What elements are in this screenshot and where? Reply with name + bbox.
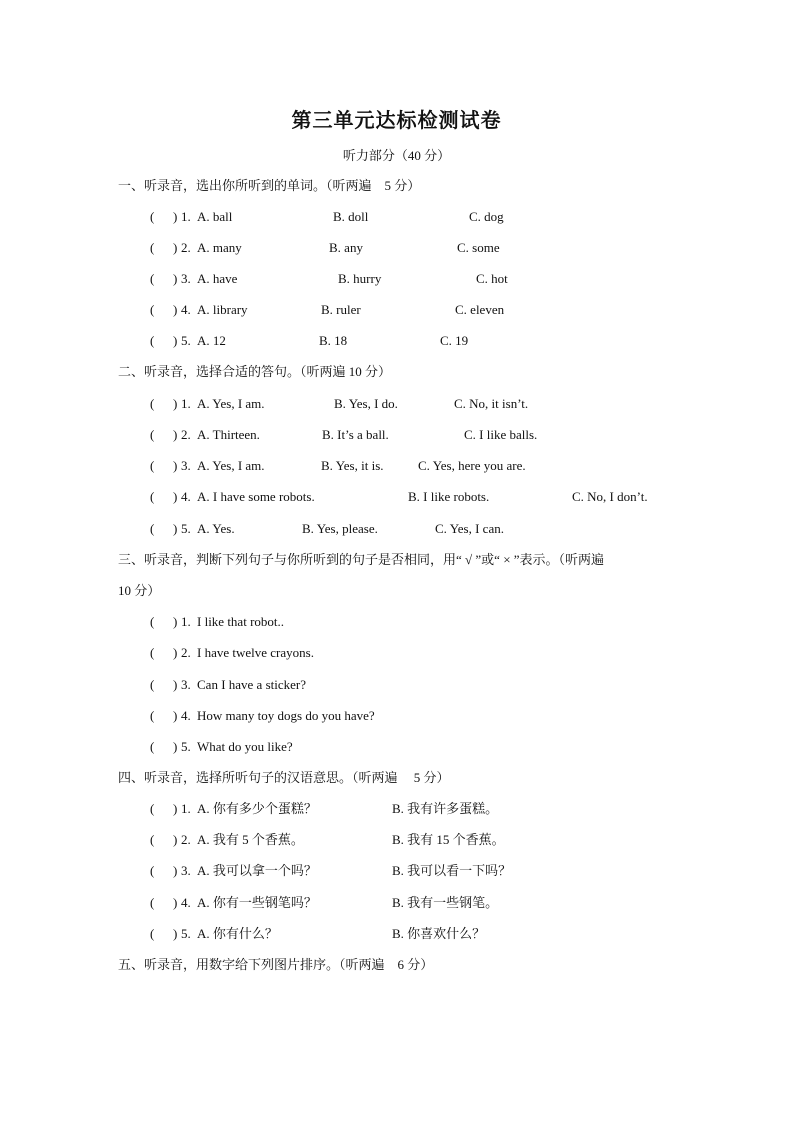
question-number: 4. [181,708,191,724]
option-a: A. 你有多少个蛋糕？ [197,801,317,817]
option-b: B. ruler [321,302,361,318]
question-row: ( ) 3. A. have B. hurry C. hot [0,271,793,287]
question-row: ( ) 3. A. Yes, I am. B. Yes, it is. C. Y… [0,458,793,474]
answer-blank-open[interactable]: ( [150,396,154,412]
answer-blank-close: ) [173,521,177,537]
page-title: 第三单元达标检测试卷 [0,104,793,133]
option-a: A. Yes, I am. [197,396,265,412]
question-number: 5. [181,333,191,349]
answer-blank-close: ) [173,677,177,693]
question-number: 3. [181,677,191,693]
sentence-text: Can I have a sticker? [197,677,306,693]
question-row: ( ) 1. A. 你有多少个蛋糕？ B. 我有许多蛋糕。 [0,801,793,817]
option-a: A. have [197,271,237,287]
option-a: A. many [197,240,242,256]
question-row: ( ) 4. How many toy dogs do you have? [0,708,793,724]
sentence-text: How many toy dogs do you have? [197,708,375,724]
option-a: A. 你有什么？ [197,926,278,942]
answer-blank-open[interactable]: ( [150,427,154,443]
section-2-heading: 二、听录音，选择合适的答句。（听两遍 10 分） [118,364,391,380]
answer-blank-close: ) [173,209,177,225]
option-b: B. Yes, I do. [334,396,398,412]
option-a: A. ball [197,209,232,225]
answer-blank-open[interactable]: ( [150,271,154,287]
option-c: C. No, it isn’t. [454,396,528,412]
question-row: ( ) 3. A. 我可以拿一个吗？ B. 我可以看一下吗？ [0,863,793,879]
question-row: ( ) 1. I like that robot.. [0,614,793,630]
question-number: 2. [181,832,191,848]
answer-blank-open[interactable]: ( [150,209,154,225]
option-b: B. Yes, it is. [321,458,384,474]
answer-blank-open[interactable]: ( [150,801,154,817]
question-number: 5. [181,521,191,537]
question-number: 2. [181,645,191,661]
answer-blank-open[interactable]: ( [150,739,154,755]
question-number: 4. [181,895,191,911]
section-4-heading: 四、听录音，选择所听句子的汉语意思。（听两遍 5 分） [118,770,450,786]
answer-blank-close: ) [173,333,177,349]
option-c: C. some [457,240,500,256]
option-c: C. dog [469,209,504,225]
option-a: A. Yes. [197,521,235,537]
section-3-heading-cont: 10 分） [118,583,160,599]
answer-blank-close: ) [173,739,177,755]
option-b: B. 我有许多蛋糕。 [392,801,498,817]
question-number: 5. [181,926,191,942]
question-row: ( ) 1. A. Yes, I am. B. Yes, I do. C. No… [0,396,793,412]
answer-blank-close: ) [173,863,177,879]
answer-blank-close: ) [173,708,177,724]
question-row: ( ) 2. A. Thirteen. B. It’s a ball. C. I… [0,427,793,443]
answer-blank-open[interactable]: ( [150,614,154,630]
question-number: 2. [181,427,191,443]
answer-blank-close: ) [173,271,177,287]
answer-blank-close: ) [173,302,177,318]
answer-blank-close: ) [173,895,177,911]
question-number: 2. [181,240,191,256]
option-b: B. Yes, please. [302,521,378,537]
answer-blank-close: ) [173,489,177,505]
option-a: A. Yes, I am. [197,458,265,474]
option-a: A. I have some robots. [197,489,315,505]
answer-blank-close: ) [173,396,177,412]
answer-blank-open[interactable]: ( [150,302,154,318]
answer-blank-open[interactable]: ( [150,240,154,256]
question-number: 3. [181,458,191,474]
option-c: C. Yes, here you are. [418,458,526,474]
option-b: B. hurry [338,271,381,287]
question-number: 1. [181,209,191,225]
option-c: C. Yes, I can. [435,521,504,537]
answer-blank-open[interactable]: ( [150,458,154,474]
answer-blank-close: ) [173,801,177,817]
option-b: B. 18 [319,333,347,349]
question-row: ( ) 2. A. many B. any C. some [0,240,793,256]
question-number: 5. [181,739,191,755]
question-row: ( ) 3. Can I have a sticker? [0,677,793,693]
sentence-text: I have twelve crayons. [197,645,314,661]
answer-blank-open[interactable]: ( [150,832,154,848]
answer-blank-open[interactable]: ( [150,677,154,693]
option-b: B. 我有一些钢笔。 [392,895,498,911]
option-a: A. 12 [197,333,226,349]
question-row: ( ) 2. A. 我有 5 个香蕉。 B. 我有 15 个香蕉。 [0,832,793,848]
question-number: 3. [181,271,191,287]
answer-blank-open[interactable]: ( [150,521,154,537]
question-number: 4. [181,489,191,505]
question-row: ( ) 4. A. 你有一些钢笔吗？ B. 我有一些钢笔。 [0,895,793,911]
option-c: C. hot [476,271,508,287]
question-row: ( ) 5. A. 12 B. 18 C. 19 [0,333,793,349]
section-5-heading: 五、听录音，用数字给下列图片排序。（听两遍 6 分） [118,957,433,973]
option-b: B. any [329,240,363,256]
option-a: A. Thirteen. [197,427,260,443]
answer-blank-close: ) [173,458,177,474]
option-c: C. No, I don’t. [572,489,648,505]
answer-blank-open[interactable]: ( [150,708,154,724]
answer-blank-open[interactable]: ( [150,489,154,505]
option-a: A. 我可以拿一个吗？ [197,863,317,879]
answer-blank-close: ) [173,614,177,630]
question-row: ( ) 5. A. 你有什么？ B. 你喜欢什么？ [0,926,793,942]
option-c: C. eleven [455,302,504,318]
question-row: ( ) 2. I have twelve crayons. [0,645,793,661]
question-row: ( ) 5. A. Yes. B. Yes, please. C. Yes, I… [0,521,793,537]
question-row: ( ) 4. A. I have some robots. B. I like … [0,489,793,505]
option-b: B. 我可以看一下吗？ [392,863,511,879]
option-b: B. I like robots. [408,489,489,505]
question-number: 3. [181,863,191,879]
option-b: B. doll [333,209,368,225]
option-b: B. It’s a ball. [322,427,389,443]
question-row: ( ) 5. What do you like? [0,739,793,755]
sentence-text: I like that robot.. [197,614,284,630]
answer-blank-close: ) [173,427,177,443]
answer-blank-close: ) [173,240,177,256]
answer-blank-open[interactable]: ( [150,863,154,879]
answer-blank-open[interactable]: ( [150,333,154,349]
answer-blank-close: ) [173,645,177,661]
question-number: 4. [181,302,191,318]
question-number: 1. [181,801,191,817]
answer-blank-open[interactable]: ( [150,645,154,661]
option-c: C. I like balls. [464,427,537,443]
option-a: A. 我有 5 个香蕉。 [197,832,304,848]
answer-blank-open[interactable]: ( [150,926,154,942]
question-number: 1. [181,614,191,630]
option-b: B. 我有 15 个香蕉。 [392,832,505,848]
option-a: A. 你有一些钢笔吗？ [197,895,317,911]
section-1-heading: 一、听录音，选出你所听到的单词。（听两遍 5 分） [118,178,420,194]
question-row: ( ) 4. A. library B. ruler C. eleven [0,302,793,318]
option-a: A. library [197,302,248,318]
answer-blank-close: ) [173,926,177,942]
section-3-heading: 三、听录音，判断下列句子与你所听到的句子是否相同，用“ √ ”或“ × ”表示。… [118,552,604,568]
question-row: ( ) 1. A. ball B. doll C. dog [0,209,793,225]
option-c: C. 19 [440,333,468,349]
section-subtitle: 听力部分（40 分） [0,145,793,164]
option-b: B. 你喜欢什么？ [392,926,485,942]
answer-blank-open[interactable]: ( [150,895,154,911]
answer-blank-close: ) [173,832,177,848]
sentence-text: What do you like? [197,739,293,755]
question-number: 1. [181,396,191,412]
